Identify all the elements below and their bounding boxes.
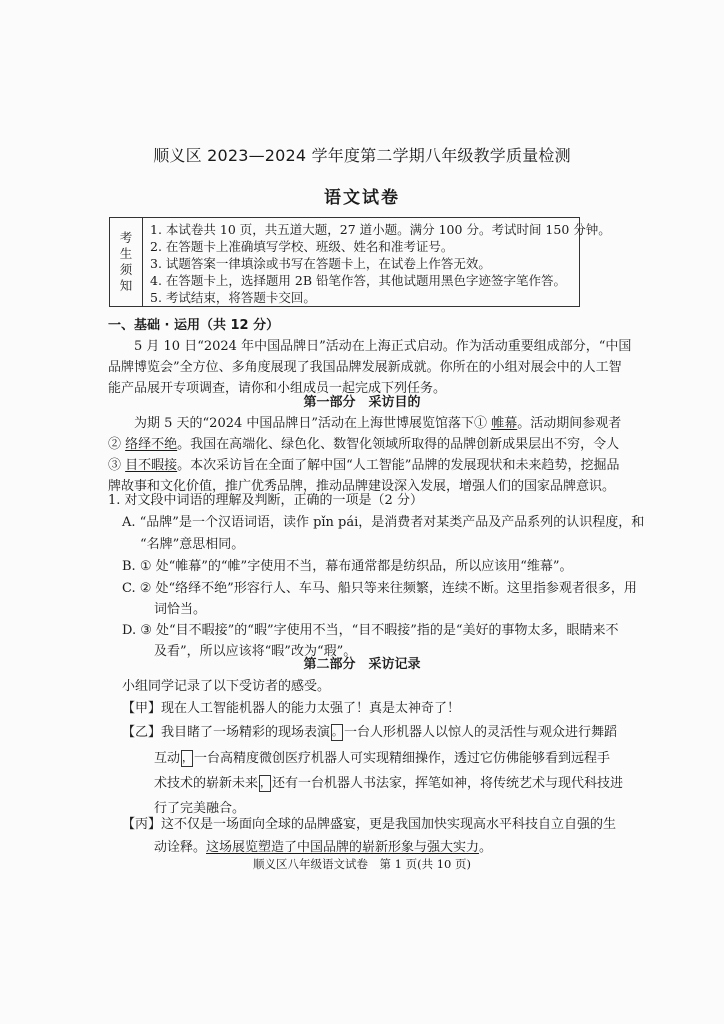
punctuation-box-3: ， (259, 775, 271, 792)
interview-yi-line: 互动，一台高精度微创医疗机器人可实现精细操作，透过它仿佛能够看到远程手 (154, 747, 610, 767)
notice-label-char: 须 (120, 262, 133, 278)
notice-item: 4. 在答题卡上，选择题用 2B 铅笔作答，其他试题用黑色字迹签字笔作答。 (150, 272, 611, 289)
text: 。我国在高端化、绿色化、数智化领域所取得的品牌创新成果层出不穷，令人 (177, 437, 619, 452)
notice-label-char: 知 (120, 278, 133, 294)
underlined-word-2: 络绎不绝 (125, 437, 177, 452)
notice-item: 1. 本试卷共 10 页，共五道大题，27 道小题。满分 100 分。考试时间 … (150, 221, 611, 238)
interview-yi-line: 【乙】我目睹了一场精彩的现场表演。一台人形机器人以惊人的灵活性与观众进行舞蹈 (122, 721, 617, 741)
text: 为期 5 天的“2024 中国品牌日”活动在上海世博展览馆落下① (134, 416, 491, 431)
punctuation-box-1: 。 (331, 724, 343, 741)
exam-title: 顺义区 2023—2024 学年度第二学期八年级教学质量检测 (0, 143, 724, 166)
notice-label: 考 生 须 知 (110, 218, 143, 306)
text: 【乙】我目睹了一场精彩的现场表演 (122, 725, 330, 740)
intro-line: 品牌博览会”全方位、多角度展现了我国品牌发展新成就。你所在的小组对展会中的人工智 (108, 356, 622, 375)
interview-jia: 【甲】现在人工智能机器人的能力太强了！真是太神奇了！ (122, 697, 460, 716)
option-c-cont: 词恰当。 (154, 598, 206, 617)
passage-line: ③ 目不暇接。本次采访旨在全面了解中国“人工智能”品牌的发展现状和未来趋势，挖掘… (108, 454, 619, 473)
option-b: B. ① 处“帷幕”的“帷”字使用不当，幕布通常都是纺织品，所以应该用“维幕”。 (122, 555, 572, 574)
interview-yi-line: 术技术的崭新未来，还有一台机器人书法家，挥笔如神，将传统艺术与现代科技进 (154, 772, 623, 792)
underlined-word-1: 帷幕 (491, 416, 517, 431)
text: 术技术的崭新未来 (154, 776, 258, 791)
notice-item: 3. 试题答案一律填涂或书写在答题卡上，在试卷上作答无效。 (150, 255, 611, 272)
underlined-sentence: 这场展览塑造了中国品牌的崭新形象与强大实力 (206, 840, 479, 855)
text: 一台人形机器人以惊人的灵活性与观众进行舞蹈 (344, 725, 617, 740)
text: 。 (479, 840, 492, 855)
exam-subtitle: 语文试卷 (0, 183, 724, 208)
option-a: A. “品牌”是一个汉语词语，读作 pǐn pái，是消费者对某类产品及产品系列… (122, 511, 644, 530)
option-d: D. ③ 处“目不暇接”的“暇”字使用不当，“目不暇接”指的是“美好的事物太多，… (122, 619, 619, 638)
text: 。活动期间参观者 (517, 416, 621, 431)
option-c: C. ② 处“络绎不绝”形容行人、车马、船只等来往频繁，连续不断。这里指参观者很… (122, 577, 637, 596)
passage-line: 为期 5 天的“2024 中国品牌日”活动在上海世博展览馆落下① 帷幕。活动期间… (134, 412, 621, 431)
section-heading: 一、基础 · 运用（共 12 分） (108, 314, 279, 333)
underlined-word-3: 目不暇接 (125, 458, 177, 473)
passage-line: ② 络绎不绝。我国在高端化、绿色化、数智化领域所取得的品牌创新成果层出不穷，令人 (108, 433, 619, 452)
notice-item: 2. 在答题卡上准确填写学校、班级、姓名和准考证号。 (150, 238, 611, 255)
text: ② (108, 437, 125, 452)
option-a-cont: “名牌”意思相同。 (140, 533, 244, 552)
candidate-notice-box: 考 生 须 知 1. 本试卷共 10 页，共五道大题，27 道小题。满分 100… (109, 217, 580, 307)
text: ③ (108, 458, 125, 473)
notice-item: 5. 考试结束，将答题卡交回。 (150, 289, 611, 306)
text: 还有一台机器人书法家，挥笔如神，将传统艺术与现代科技进 (272, 776, 623, 791)
interview-bing-line: 【丙】这不仅是一场面向全球的品牌盛宴，更是我国加快实现高水平科技自立自强的生 (122, 813, 616, 832)
question-stem: 1. 对文段中词语的理解及判断，正确的一项是（2 分） (108, 489, 423, 508)
page-footer: 顺义区八年级语文试卷 第 1 页(共 10 页) (0, 856, 724, 872)
part1-heading: 第一部分 采访目的 (0, 391, 724, 410)
part2-intro: 小组同学记录了以下受访者的感受。 (122, 675, 330, 694)
exam-page: 顺义区 2023—2024 学年度第二学期八年级教学质量检测 语文试卷 考 生 … (0, 0, 724, 1024)
text: 。本次采访旨在全面了解中国“人工智能”品牌的发展现状和未来趋势，挖掘品 (177, 458, 619, 473)
notice-label-char: 考 (120, 230, 133, 246)
interview-bing-line: 动诠释。这场展览塑造了中国品牌的崭新形象与强大实力。 (154, 836, 492, 855)
notice-label-char: 生 (120, 246, 133, 262)
text: 互动 (154, 751, 180, 766)
intro-line: 5 月 10 日“2024 年中国品牌日”活动在上海正式启动。作为活动重要组成部… (134, 335, 631, 354)
part2-heading: 第二部分 采访记录 (0, 653, 724, 672)
text: 动诠释。 (154, 840, 206, 855)
notice-items: 1. 本试卷共 10 页，共五道大题，27 道小题。满分 100 分。考试时间 … (150, 221, 611, 306)
text: 一台高精度微创医疗机器人可实现精细操作，透过它仿佛能够看到远程手 (194, 751, 610, 766)
punctuation-box-2: ， (181, 750, 193, 767)
